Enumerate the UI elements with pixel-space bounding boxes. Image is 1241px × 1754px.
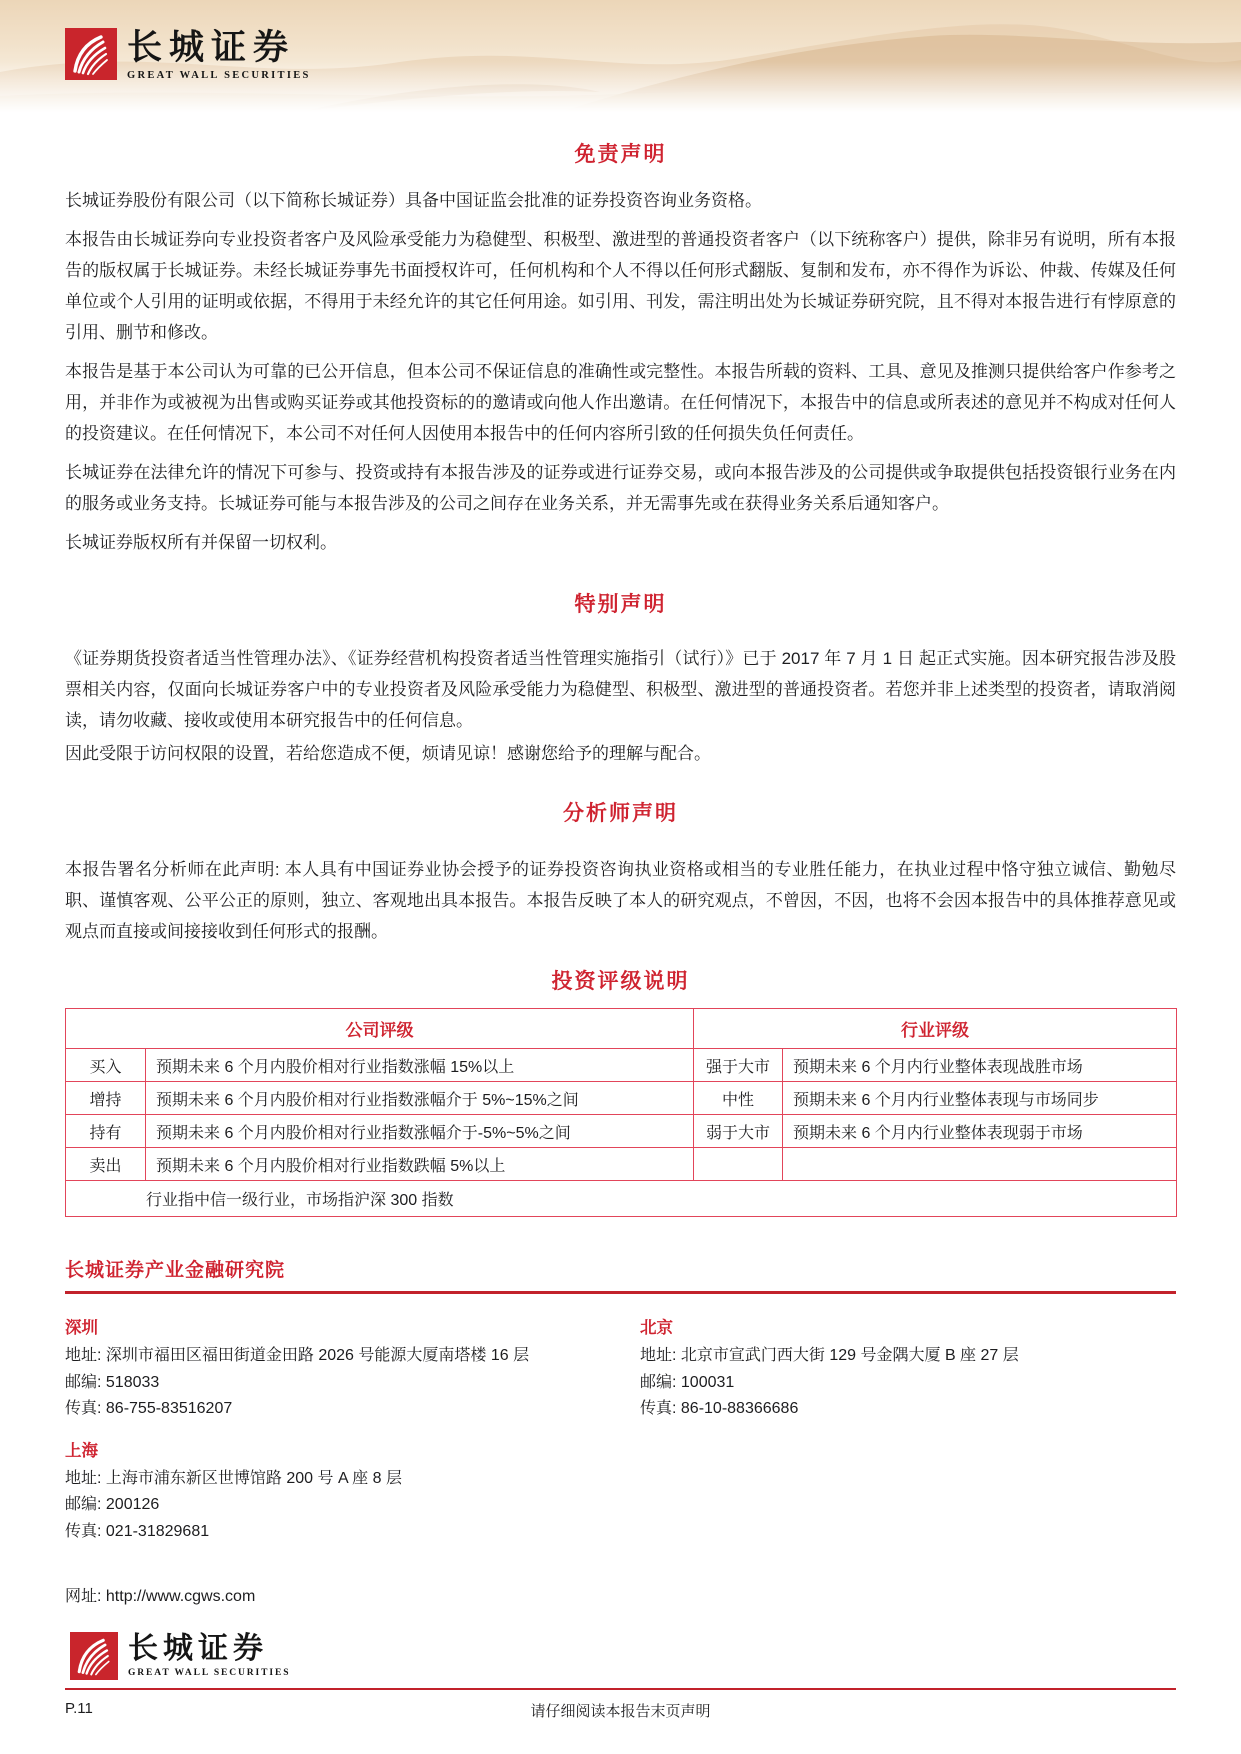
logo-name-cn: 长城证券: [128, 1632, 290, 1666]
fax-label: 传真:: [65, 1400, 106, 1417]
website-label: 网址:: [65, 1588, 106, 1605]
logo-name-cn: 长城证券: [127, 28, 311, 68]
institute-title: 长城证券产业金融研究院: [65, 1255, 1176, 1282]
industry-rating-label: [694, 1148, 783, 1181]
disclaimer-paragraph: 本报告是基于本公司认为可靠的已公开信息，但本公司不保证信息的准确性或完整性。本报…: [65, 356, 1176, 449]
zip-label: 邮编:: [65, 1496, 106, 1513]
disclaimer-paragraph: 本报告由长城证券向专业投资者客户及风险承受能力为稳健型、积极型、激进型的普通投资…: [65, 224, 1176, 348]
zip-value: 518033: [106, 1374, 159, 1391]
rating-table-footnote: 行业指中信一级行业，市场指沪深 300 指数: [66, 1181, 1177, 1217]
company-rating-label: 卖出: [66, 1148, 146, 1181]
fax-value: 86-755-83516207: [106, 1400, 232, 1417]
office-zip: 邮编: 200126: [65, 1492, 640, 1519]
office-zip: 邮编: 100031: [640, 1370, 1176, 1397]
report-disclaimer-page: 长城证券 GREAT WALL SECURITIES 免责声明 长城证券股份有限…: [0, 0, 1241, 1754]
fax-label: 传真:: [65, 1523, 106, 1540]
fax-label: 传真:: [640, 1400, 681, 1417]
disclaimer-paragraph: 长城证券股份有限公司（以下简称长城证券）具备中国证监会批准的证券投资咨询业务资格…: [65, 185, 1176, 216]
office-address: 地址: 深圳市福田区福田街道金田路 2026 号能源大厦南塔楼 16 层: [65, 1343, 640, 1370]
company-rating-desc: 预期未来 6 个月内股价相对行业指数涨幅介于-5%~5%之间: [146, 1115, 694, 1148]
special-statement-title: 特别声明: [65, 588, 1176, 618]
company-rating-label: 买入: [66, 1049, 146, 1082]
zip-value: 200126: [106, 1496, 159, 1513]
industry-rating-desc: 预期未来 6 个月内行业整体表现与市场同步: [783, 1082, 1177, 1115]
fax-value: 86-10-88366686: [681, 1400, 798, 1417]
analyst-statement-title: 分析师声明: [65, 797, 1176, 827]
table-row: 买入 预期未来 6 个月内股价相对行业指数涨幅 15%以上 强于大市 预期未来 …: [66, 1049, 1177, 1082]
office-address: 地址: 上海市浦东新区世博馆路 200 号 A 座 8 层: [65, 1466, 640, 1493]
website-line: 网址: http://www.cgws.com: [65, 1583, 1176, 1606]
office-fax: 传真: 021-31829681: [65, 1519, 640, 1546]
fax-value: 021-31829681: [106, 1523, 209, 1540]
office-fax: 传真: 86-755-83516207: [65, 1396, 640, 1423]
address-label: 地址:: [640, 1347, 681, 1364]
analyst-statement-paragraph: 本报告署名分析师在此声明: 本人具有中国证券业协会授予的证券投资咨询执业资格或相…: [65, 854, 1176, 947]
address-value: 深圳市福田区福田街道金田路 2026 号能源大厦南塔楼 16 层: [106, 1347, 529, 1364]
header-band: 长城证券 GREAT WALL SECURITIES: [0, 0, 1241, 112]
disclaimer-paragraph: 长城证券在法律允许的情况下可参与、投资或持有本报告涉及的证券或进行证券交易，或向…: [65, 457, 1176, 519]
zip-value: 100031: [681, 1374, 734, 1391]
office-beijing: 北京 地址: 北京市宣武门西大街 129 号金隅大厦 B 座 27 层 邮编: …: [640, 1308, 1176, 1423]
zip-label: 邮编:: [640, 1374, 681, 1391]
disclaimer-title: 免责声明: [65, 138, 1176, 168]
address-label: 地址:: [65, 1470, 106, 1487]
industry-rating-header: 行业评级: [694, 1009, 1177, 1049]
rating-table: 公司评级 行业评级 买入 预期未来 6 个月内股价相对行业指数涨幅 15%以上 …: [65, 1008, 1177, 1217]
office-city: 上海: [65, 1437, 640, 1461]
company-rating-label: 持有: [66, 1115, 146, 1148]
industry-rating-desc: 预期未来 6 个月内行业整体表现战胜市场: [783, 1049, 1177, 1082]
table-row: 持有 预期未来 6 个月内股价相对行业指数涨幅介于-5%~5%之间 弱于大市 预…: [66, 1115, 1177, 1148]
company-rating-label: 增持: [66, 1082, 146, 1115]
rating-table-header-row: 公司评级 行业评级: [66, 1009, 1177, 1049]
special-statement-paragraph: 《证券期货投资者适当性管理办法》、《证券经营机构投资者适当性管理实施指引（试行）…: [65, 643, 1176, 736]
company-rating-desc: 预期未来 6 个月内股价相对行业指数跌幅 5%以上: [146, 1148, 694, 1181]
special-statement-paragraph: 因此受限于访问权限的设置，若给您造成不便，烦请见谅！感谢您给予的理解与配合。: [65, 738, 1176, 769]
office-grid-spacer: [640, 1431, 1176, 1554]
disclaimer-paragraph: 长城证券版权所有并保留一切权利。: [65, 527, 1176, 558]
company-logo: 长城证券 GREAT WALL SECURITIES: [65, 28, 311, 81]
footer-divider: [65, 1688, 1176, 1690]
page-footer: P.11 请仔细阅读本报告末页声明: [0, 1688, 1241, 1717]
industry-rating-label: 强于大市: [694, 1049, 783, 1082]
industry-rating-desc: 预期未来 6 个月内行业整体表现弱于市场: [783, 1115, 1177, 1148]
industry-rating-label: 弱于大市: [694, 1115, 783, 1148]
logo-name-en: GREAT WALL SECURITIES: [127, 70, 311, 81]
company-logo: 长城证券 GREAT WALL SECURITIES: [70, 1632, 1176, 1680]
great-wall-emblem-icon: [65, 28, 117, 80]
office-address: 地址: 北京市宣武门西大街 129 号金隅大厦 B 座 27 层: [640, 1343, 1176, 1370]
office-zip: 邮编: 518033: [65, 1370, 640, 1397]
company-rating-header: 公司评级: [66, 1009, 694, 1049]
zip-label: 邮编:: [65, 1374, 106, 1391]
office-city: 深圳: [65, 1314, 640, 1338]
footer-notice: 请仔细阅读本报告末页声明: [65, 1700, 1176, 1721]
rating-description-title: 投资评级说明: [65, 965, 1176, 995]
great-wall-emblem-icon: [70, 1632, 118, 1680]
website-link[interactable]: http://www.cgws.com: [106, 1588, 255, 1605]
industry-rating-label: 中性: [694, 1082, 783, 1115]
institute-rule: [65, 1291, 1176, 1294]
footer-logo-block: 长城证券 GREAT WALL SECURITIES: [70, 1632, 1176, 1680]
address-value: 北京市宣武门西大街 129 号金隅大厦 B 座 27 层: [681, 1347, 1019, 1364]
office-contact-grid: 深圳 地址: 深圳市福田区福田街道金田路 2026 号能源大厦南塔楼 16 层 …: [65, 1308, 1176, 1553]
office-city: 北京: [640, 1314, 1176, 1338]
office-shenzhen: 深圳 地址: 深圳市福田区福田街道金田路 2026 号能源大厦南塔楼 16 层 …: [65, 1308, 640, 1423]
company-rating-desc: 预期未来 6 个月内股价相对行业指数涨幅 15%以上: [146, 1049, 694, 1082]
table-row: 增持 预期未来 6 个月内股价相对行业指数涨幅介于 5%~15%之间 中性 预期…: [66, 1082, 1177, 1115]
office-shanghai: 上海 地址: 上海市浦东新区世博馆路 200 号 A 座 8 层 邮编: 200…: [65, 1431, 640, 1546]
logo-name-en: GREAT WALL SECURITIES: [128, 1668, 290, 1678]
table-footnote-row: 行业指中信一级行业，市场指沪深 300 指数: [66, 1181, 1177, 1217]
table-row: 卖出 预期未来 6 个月内股价相对行业指数跌幅 5%以上: [66, 1148, 1177, 1181]
address-label: 地址:: [65, 1347, 106, 1364]
office-fax: 传真: 86-10-88366686: [640, 1396, 1176, 1423]
industry-rating-desc: [783, 1148, 1177, 1181]
company-rating-desc: 预期未来 6 个月内股价相对行业指数涨幅介于 5%~15%之间: [146, 1082, 694, 1115]
address-value: 上海市浦东新区世博馆路 200 号 A 座 8 层: [106, 1470, 402, 1487]
